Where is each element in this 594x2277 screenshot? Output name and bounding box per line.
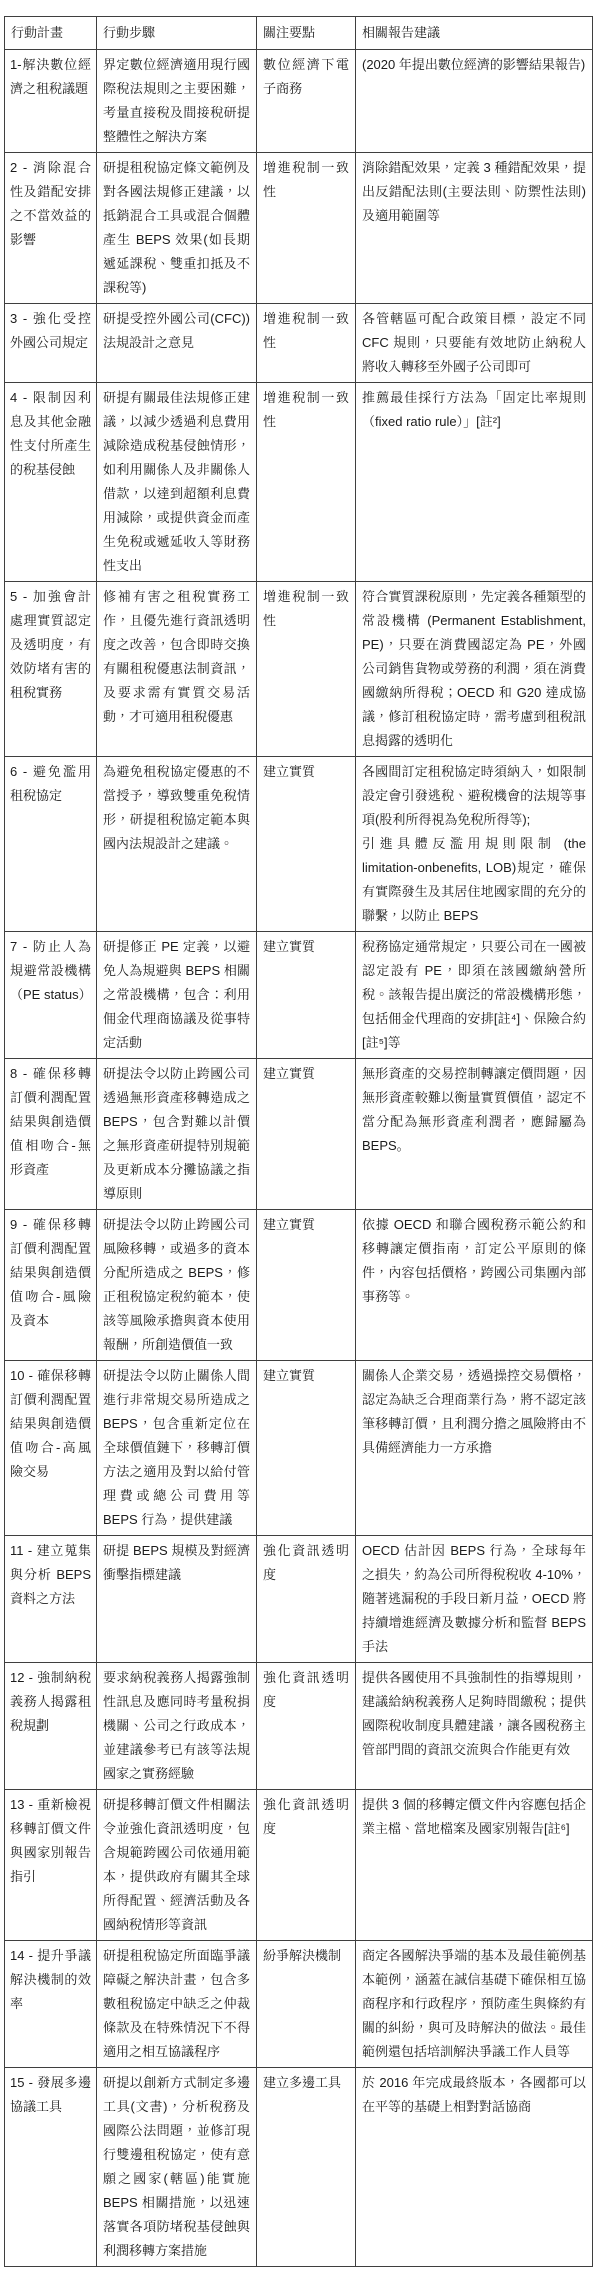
- cell-focus: 建立實質: [257, 932, 356, 1059]
- cell-steps: 要求納稅義務人揭露強制性訊息及應同時考量稅捐機關、公司之行政成本，並建議參考已有…: [97, 1663, 257, 1790]
- cell-focus: 紛爭解決機制: [257, 1941, 356, 2068]
- cell-steps: 研提有關最佳法規修正建議，以減少透過利息費用減除造成稅基侵蝕情形，如利用關係人及…: [97, 383, 257, 582]
- cell-plan: 1-解決數位經濟之租稅議題: [5, 50, 97, 153]
- cell-steps: 研提以創新方式制定多邊工具(文書)，分析稅務及國際公法問題，並修訂現行雙邊租稅協…: [97, 2068, 257, 2267]
- cell-plan: 13 - 重新檢視移轉訂價文件與國家別報告指引: [5, 1790, 97, 1941]
- cell-focus: 增進稅制一致性: [257, 153, 356, 304]
- table-row: 9 - 確保移轉訂價利潤配置結果與創造價值吻合-風險及資本 研提法令以防止跨國公…: [5, 1210, 593, 1361]
- cell-focus: 建立多邊工具: [257, 2068, 356, 2267]
- cell-plan: 9 - 確保移轉訂價利潤配置結果與創造價值吻合-風險及資本: [5, 1210, 97, 1361]
- cell-steps: 研提法令以防止關係人間進行非常規交易所造成之 BEPS，包含重新定位在全球價值鏈…: [97, 1361, 257, 1536]
- cell-steps: 研提修正 PE 定義，以避免人為規避與 BEPS 相關之常設機構，包含：利用佣金…: [97, 932, 257, 1059]
- cell-plan: 2 - 消除混合性及錯配安排之不當效益的影響: [5, 153, 97, 304]
- cell-steps: 修補有害之租稅實務工作，且優先進行資訊透明度之改善，包含即時交換有關租稅優惠法制…: [97, 582, 257, 757]
- table-row: 15 - 發展多邊協議工具 研提以創新方式制定多邊工具(文書)，分析稅務及國際公…: [5, 2068, 593, 2267]
- cell-plan: 3 - 強化受控外國公司規定: [5, 304, 97, 383]
- cell-plan: 8 - 確保移轉訂價利潤配置結果與創造價值相吻合-無形資產: [5, 1059, 97, 1210]
- cell-steps: 研提法令以防止跨國公司透過無形資產移轉造成之 BEPS，包含對難以計價之無形資產…: [97, 1059, 257, 1210]
- cell-focus: 建立實質: [257, 1361, 356, 1536]
- cell-focus: 增進稅制一致性: [257, 383, 356, 582]
- cell-steps: 界定數位經濟適用現行國際稅法規則之主要困難，考量直接稅及間接稅研提整體性之解決方…: [97, 50, 257, 153]
- cell-plan: 4 - 限制因利息及其他金融性支付所產生的稅基侵蝕: [5, 383, 97, 582]
- cell-suggestion: 各管轄區可配合政策目標，設定不同 CFC 規則，只要能有效地防止納稅人將收入轉移…: [356, 304, 593, 383]
- cell-steps: 為避免租稅協定優惠的不當授予，導致雙重免稅情形，研提租稅協定範本與國內法規設計之…: [97, 757, 257, 932]
- cell-plan: 5 - 加強會計處理實質認定及透明度，有效防堵有害的租稅實務: [5, 582, 97, 757]
- beps-action-plan-table: 行動計畫 行動步驟 關注要點 相關報告建議 1-解決數位經濟之租稅議題 界定數位…: [4, 16, 593, 2267]
- cell-steps: 研提租稅協定所面臨爭議障礙之解決計畫，包含多數租稅協定中缺乏之仲裁條款及在特殊情…: [97, 1941, 257, 2068]
- cell-suggestion: 稅務協定通常規定，只要公司在一國被認定設有 PE，即須在該國繳納營所稅。該報告提…: [356, 932, 593, 1059]
- table-row: 13 - 重新檢視移轉訂價文件與國家別報告指引 研提移轉訂價文件相關法令並強化資…: [5, 1790, 593, 1941]
- table-row: 2 - 消除混合性及錯配安排之不當效益的影響 研提租稅協定條文範例及對各國法規修…: [5, 153, 593, 304]
- cell-focus: 增進稅制一致性: [257, 304, 356, 383]
- cell-suggestion: 商定各國解決爭端的基本及最佳範例基本範例，涵蓋在誠信基礎下確保相互協商程序和行政…: [356, 1941, 593, 2068]
- table-row: 8 - 確保移轉訂價利潤配置結果與創造價值相吻合-無形資產 研提法令以防止跨國公…: [5, 1059, 593, 1210]
- cell-focus: 強化資訊透明度: [257, 1663, 356, 1790]
- cell-steps: 研提 BEPS 規模及對經濟衝擊指標建議: [97, 1536, 257, 1663]
- cell-plan: 12 - 強制納稅義務人揭露租稅規劃: [5, 1663, 97, 1790]
- cell-suggestion: 提供各國使用不具強制性的指導規則，建議給納稅義務人足夠時間繳稅；提供國際稅收制度…: [356, 1663, 593, 1790]
- cell-focus: 建立實質: [257, 1210, 356, 1361]
- cell-suggestion: 於 2016 年完成最終版本，各國都可以在平等的基礎上相對對話協商: [356, 2068, 593, 2267]
- cell-focus: 建立實質: [257, 757, 356, 932]
- table-row: 11 - 建立蒐集與分析 BEPS 資料之方法 研提 BEPS 規模及對經濟衝擊…: [5, 1536, 593, 1663]
- cell-plan: 10 - 確保移轉訂價利潤配置結果與創造價值吻合-高風險交易: [5, 1361, 97, 1536]
- cell-steps: 研提移轉訂價文件相關法令並強化資訊透明度，包含規範跨國公司依通用範本，提供政府有…: [97, 1790, 257, 1941]
- table-row: 4 - 限制因利息及其他金融性支付所產生的稅基侵蝕 研提有關最佳法規修正建議，以…: [5, 383, 593, 582]
- cell-steps: 研提租稅協定條文範例及對各國法規修正建議，以抵銷混合工具或混合個體產生 BEPS…: [97, 153, 257, 304]
- cell-suggestion: 關係人企業交易，透過操控交易價格，認定為缺乏合理商業行為，將不認定該筆移轉訂價，…: [356, 1361, 593, 1536]
- cell-plan: 7 - 防止人為規避常設機構（PE status）: [5, 932, 97, 1059]
- cell-focus: 數位經濟下電子商務: [257, 50, 356, 153]
- table-row: 10 - 確保移轉訂價利潤配置結果與創造價值吻合-高風險交易 研提法令以防止關係…: [5, 1361, 593, 1536]
- cell-suggestion: 依據 OECD 和聯合國稅務示範公約和移轉讓定價指南，訂定公平原則的條件，內容包…: [356, 1210, 593, 1361]
- column-header-focus-points: 關注要點: [257, 17, 356, 50]
- table-row: 14 - 提升爭議解決機制的效率 研提租稅協定所面臨爭議障礙之解決計畫，包含多數…: [5, 1941, 593, 2068]
- column-header-action-plan: 行動計畫: [5, 17, 97, 50]
- cell-suggestion: 無形資產的交易控制轉讓定價問題，因無形資產較難以衡量實質價值，認定不當分配為無形…: [356, 1059, 593, 1210]
- cell-suggestion: 推薦最佳採行方法為「固定比率規則（fixed ratio rule）」[註²]: [356, 383, 593, 582]
- table-row: 7 - 防止人為規避常設機構（PE status） 研提修正 PE 定義，以避免…: [5, 932, 593, 1059]
- cell-focus: 增進稅制一致性: [257, 582, 356, 757]
- cell-suggestion: 消除錯配效果，定義 3 種錯配效果，提出反錯配法則(主要法則、防禦性法則)及適用…: [356, 153, 593, 304]
- cell-suggestion: (2020 年提出數位經濟的影響結果報告): [356, 50, 593, 153]
- cell-plan: 11 - 建立蒐集與分析 BEPS 資料之方法: [5, 1536, 97, 1663]
- table-row: 12 - 強制納稅義務人揭露租稅規劃 要求納稅義務人揭露強制性訊息及應同時考量稅…: [5, 1663, 593, 1790]
- table-row: 1-解決數位經濟之租稅議題 界定數位經濟適用現行國際稅法規則之主要困難，考量直接…: [5, 50, 593, 153]
- cell-suggestion: 提供 3 個的移轉定價文件內容應包括企業主檔、當地檔案及國家別報告[註⁶]: [356, 1790, 593, 1941]
- cell-plan: 14 - 提升爭議解決機制的效率: [5, 1941, 97, 2068]
- cell-steps: 研提受控外國公司(CFC))法規設計之意見: [97, 304, 257, 383]
- document-page: 行動計畫 行動步驟 關注要點 相關報告建議 1-解決數位經濟之租稅議題 界定數位…: [0, 0, 594, 2277]
- column-header-action-steps: 行動步驟: [97, 17, 257, 50]
- cell-suggestion: 符合實質課稅原則，先定義各種類型的常設機構 (Permanent Establi…: [356, 582, 593, 757]
- cell-focus: 建立實質: [257, 1059, 356, 1210]
- cell-focus: 強化資訊透明度: [257, 1536, 356, 1663]
- cell-plan: 6 - 避免濫用租稅協定: [5, 757, 97, 932]
- cell-steps: 研提法令以防止跨國公司風險移轉，或過多的資本分配所造成之 BEPS，修正租稅協定…: [97, 1210, 257, 1361]
- table-row: 6 - 避免濫用租稅協定 為避免租稅協定優惠的不當授予，導致雙重免稅情形，研提租…: [5, 757, 593, 932]
- table-row: 3 - 強化受控外國公司規定 研提受控外國公司(CFC))法規設計之意見 增進稅…: [5, 304, 593, 383]
- cell-suggestion: OECD 估計因 BEPS 行為，全球每年之損失，約為公司所得稅稅收 4-10%…: [356, 1536, 593, 1663]
- table-row: 5 - 加強會計處理實質認定及透明度，有效防堵有害的租稅實務 修補有害之租稅實務…: [5, 582, 593, 757]
- table-header-row: 行動計畫 行動步驟 關注要點 相關報告建議: [5, 17, 593, 50]
- cell-plan: 15 - 發展多邊協議工具: [5, 2068, 97, 2267]
- cell-suggestion: 各國間訂定租稅協定時須納入，如限制設定會引發逃稅、避稅機會的法規等事項(股利所得…: [356, 757, 593, 932]
- column-header-report-suggestions: 相關報告建議: [356, 17, 593, 50]
- cell-focus: 強化資訊透明度: [257, 1790, 356, 1941]
